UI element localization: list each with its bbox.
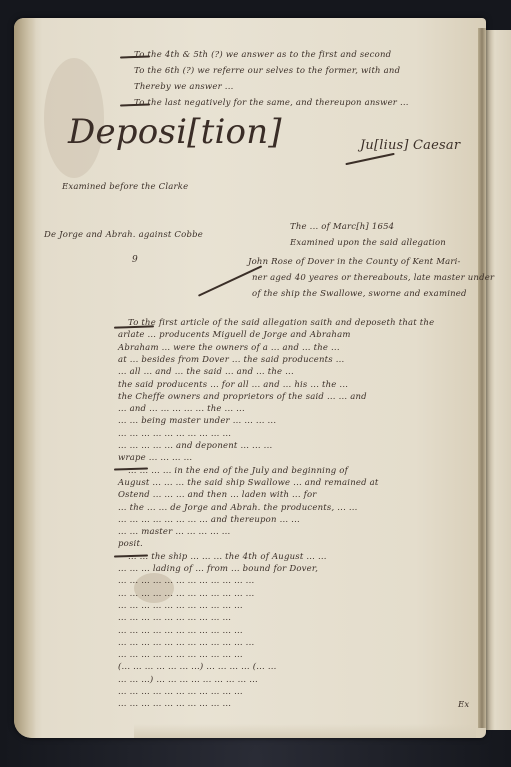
margin-caption: Examined before the Clarke	[62, 182, 188, 192]
body-line: ... ... ... ... ... ... ... ... ... ... …	[118, 589, 254, 599]
body-line: ... ... master ... ... ... ... ...	[118, 527, 230, 537]
page-bottom-edge	[134, 724, 476, 738]
body-line: ... ... ... ... in the end of the July a…	[128, 466, 348, 476]
body-line: (... ... ... ... ... ... ...) ... ... ..…	[118, 662, 277, 672]
body-line: To the first article of the said allegat…	[128, 318, 434, 328]
signature: Ju[lius] Caesar	[360, 138, 460, 153]
case-number: 9	[132, 255, 138, 265]
body-line: ... ... ... ... ... ... ... ... ... ...	[118, 699, 231, 709]
body-line: ... the ... ... de Jorge and Abrah. the …	[118, 503, 358, 513]
body-line: arlate ... producents Miguell de Jorge a…	[118, 330, 351, 340]
body-line: ... all ... and ... the said ... and ...…	[118, 367, 294, 377]
body-line: ... ... ... ... ... ... ... ... ... ... …	[118, 576, 254, 586]
body-line: ... ... ... ... ... ... ... ... ... ... …	[118, 650, 243, 660]
body-line: ... ... the ship ... ... ... the 4th of …	[128, 552, 327, 562]
body-line: the Cheffe owners and proprietors of the…	[118, 392, 367, 402]
body-line: ... ... ... ... ... ... ... ... and ther…	[118, 515, 300, 525]
body-line: ... ... ... ... ... ... ... ... ... ...	[118, 613, 231, 623]
deponent-line: ner aged 40 yeares or thereabouts, late …	[252, 273, 494, 283]
body-line: ... ... being master under ... ... ... .…	[118, 416, 276, 426]
body-line: Ostend ... ... ... and then ... laden wi…	[118, 490, 317, 500]
body-line: ... ... ... ... ... ... ... ... ... ... …	[118, 626, 243, 636]
body-line: ... ... ... ... ... ... ... ... ... ... …	[118, 687, 243, 697]
deposition-flourish: Deposi[tion]	[68, 112, 282, 152]
facing-page	[484, 30, 511, 730]
date-subheading: Examined upon the said allegation	[290, 238, 446, 248]
body-line: the said producents ... for all ... and …	[118, 380, 348, 390]
page-footer-mark: Ex	[458, 700, 469, 710]
date-heading: The ... of Marc[h] 1654	[290, 222, 394, 232]
book-gutter	[478, 28, 486, 728]
case-title: De Jorge and Abrah. against Cobbe	[44, 230, 203, 240]
body-line: ... ... ... ... ... ... ... ... ... ... …	[118, 601, 243, 611]
body-line: ... and ... ... ... ... ... the ... ...	[118, 404, 245, 414]
body-line: posit.	[118, 539, 143, 549]
body-line: ... ... ... lading of ... from ... bound…	[118, 564, 318, 574]
body-line: wrape ... ... ... ...	[118, 453, 192, 463]
body-line: at ... besides from Dover ... the said p…	[118, 355, 344, 365]
header-line: To the 4th & 5th (?) we answer as to the…	[134, 50, 391, 60]
header-line: To the last negatively for the same, and…	[134, 98, 409, 108]
header-line: Thereby we answer ...	[134, 82, 234, 92]
body-line: Abraham ... were the owners of a ... and…	[118, 343, 340, 353]
body-line: ... ... ... ... ... ... ... ... ... ... …	[118, 638, 254, 648]
deponent-line: of the ship the Swallowe, sworne and exa…	[252, 289, 467, 299]
header-line: To the 6th (?) we referre our selves to …	[134, 66, 400, 76]
body-line: August ... ... ... the said ship Swallow…	[118, 478, 379, 488]
body-line: ... ... ... ... ... ... ... ... ... ...	[118, 429, 231, 439]
deponent-line: John Rose of Dover in the County of Kent…	[248, 257, 461, 267]
body-line: ... ... ...) ... ... ... ... ... ... ...…	[118, 675, 258, 685]
body-line: ... ... ... ... ... and deponent ... ...…	[118, 441, 272, 451]
